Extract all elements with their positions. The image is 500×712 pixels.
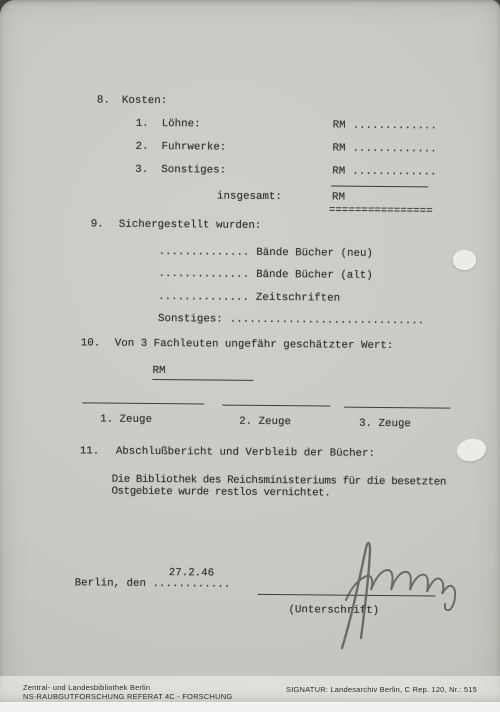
paper-sheet: 8. Kosten: 1. Löhne: RM............. 2. … [0, 0, 500, 702]
archive-credit-left: Zentral- und Landesbibliothek Berlin NS-… [23, 683, 232, 702]
witness1-label: 1. Zeuge [100, 415, 152, 427]
section10-number: 10. [81, 338, 101, 349]
estimated-value-field: RM [152, 366, 253, 381]
section11-title: Abschlußbericht und Verbleib der Bücher: [116, 447, 375, 461]
books-old-label: Bände Bücher (alt) [256, 269, 373, 282]
item2-label: Fuhrwerke: [161, 142, 226, 154]
total-currency: RM [332, 193, 345, 204]
dotted-blank: ............ [152, 578, 230, 591]
sonstiges-row: Sonstiges:.............................. [158, 314, 424, 328]
journals-row: ..............Zeitschriften [158, 292, 340, 305]
dotted-blank: ............. [352, 166, 436, 179]
section8-number: 8. [97, 95, 110, 106]
sum-rule [331, 186, 428, 188]
witness2-label: 2. Zeuge [239, 417, 291, 429]
books-new-label: Bände Bücher (neu) [256, 247, 373, 260]
double-rule: ================ [329, 206, 433, 218]
date-value: 27.2.46 [169, 568, 214, 580]
dateline-prefix: Berlin, den [75, 577, 153, 590]
handwritten-signature [320, 528, 500, 658]
dotted-blank: ............. [353, 120, 437, 133]
total-label: insgesamt: [217, 192, 282, 204]
item3-label: Sonstiges: [161, 165, 226, 177]
report-line2: Ostgebiete wurde restlos vernichtet. [111, 487, 330, 501]
journals-label: Zeitschriften [256, 292, 340, 305]
archive-footer: Zentral- und Landesbibliothek Berlin NS-… [0, 676, 500, 703]
paper-hole-blemish [453, 250, 476, 270]
item1-number: 1. [136, 119, 149, 130]
archive-credit-line2: NS-RAUBGUTFORSCHUNG REFERAT 4C - FORSCHU… [23, 692, 232, 701]
item3-number: 3. [135, 165, 148, 176]
item2-amount-field: RM............. [332, 144, 436, 156]
currency-rm: RM [333, 120, 346, 132]
archive-credit-line1: Zentral- und Landesbibliothek Berlin [23, 683, 232, 692]
dotted-blank: .............. [159, 246, 250, 259]
section10-title: Von 3 Fachleuten ungefähr geschätzter We… [115, 339, 394, 353]
section9-title: Sichergestellt wurden: [119, 220, 262, 233]
scanned-document-page: 8. Kosten: 1. Löhne: RM............. 2. … [0, 0, 500, 712]
archive-signatur: SIGNATUR: Landesarchiv Berlin, C Rep. 12… [286, 685, 477, 694]
section11-number: 11. [80, 446, 100, 457]
witness2-line [222, 405, 330, 407]
dotted-blank: .............................. [230, 314, 424, 328]
dotted-blank: ............. [352, 143, 436, 156]
dotted-blank: .............. [158, 268, 249, 281]
item2-number: 2. [135, 142, 148, 153]
dotted-blank: .............. [158, 291, 249, 304]
books-old-row: ..............Bände Bücher (alt) [158, 269, 372, 282]
currency-rm: RM [332, 143, 345, 155]
item1-label: Löhne: [162, 119, 201, 131]
sonstiges-label: Sonstiges: [158, 313, 223, 326]
witness3-label: 3. Zeuge [359, 419, 411, 431]
dateline: Berlin, den ............ [75, 578, 231, 591]
currency-rm: RM [332, 166, 345, 178]
item3-amount-field: RM............. [332, 167, 436, 179]
section8-title: Kosten: [122, 96, 167, 108]
witness3-line [344, 407, 450, 409]
witness1-line [82, 402, 204, 404]
books-new-row: ..............Bände Bücher (neu) [159, 247, 373, 260]
item1-amount-field: RM............. [333, 121, 437, 133]
section9-number: 9. [91, 219, 104, 230]
